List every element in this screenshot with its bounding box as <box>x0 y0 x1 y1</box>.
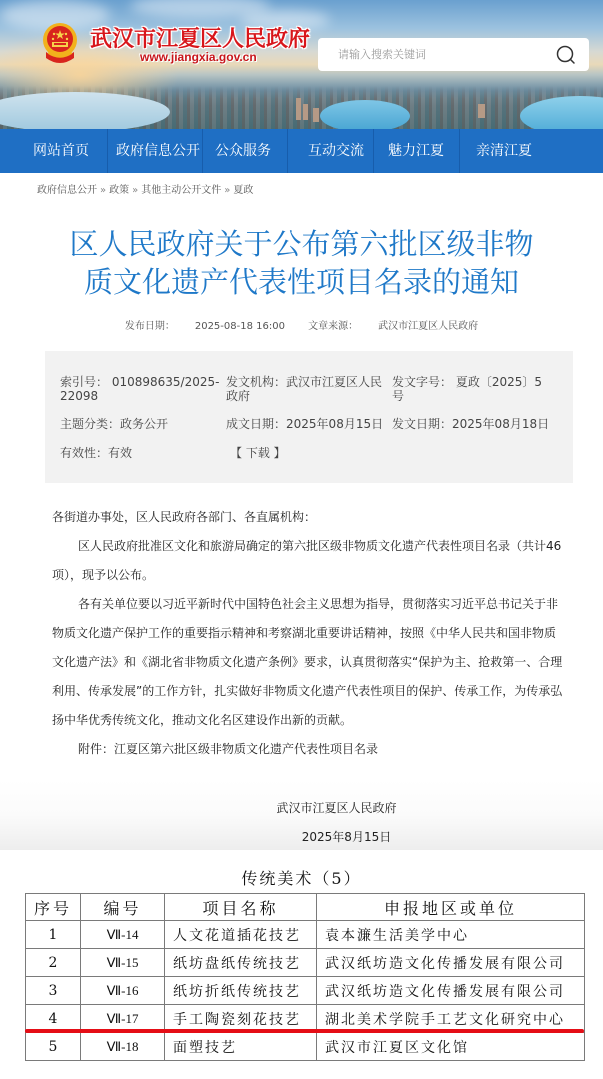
issuing-agency-label: 发文机构： <box>226 375 286 389</box>
issue-date-label: 发文日期： <box>392 417 452 431</box>
document-number-value-cont: 号 <box>392 389 404 403</box>
banner-lake <box>0 92 170 129</box>
header-applicant: 申报地区或单位 <box>317 894 585 921</box>
validity-label: 有效性： <box>60 446 108 460</box>
banner-tower <box>478 104 485 118</box>
cell-project-name: 纸坊盘纸传统技艺 <box>165 949 317 977</box>
cell-project-name: 面塑技艺 <box>165 1033 317 1061</box>
article-meta: 发布日期：2025-08-18 16:00 文章来源：武汉市江夏区人民政府 <box>0 317 603 332</box>
banner-tower <box>296 98 301 120</box>
issuing-agency: 发文机构：武汉市江夏区人民 政府 <box>226 375 392 403</box>
banner-lake <box>320 100 410 129</box>
validity-value: 有效 <box>108 446 132 460</box>
cell-code: Ⅶ-18 <box>81 1033 165 1061</box>
nav-item-gov-info[interactable]: 政府信息公开 <box>108 129 203 173</box>
breadcrumb: 政府信息公开»政策»其他主动公开文件»夏政 <box>37 181 253 196</box>
cell-code: Ⅶ-14 <box>81 921 165 949</box>
cell-project-name: 纸坊折纸传统技艺 <box>165 977 317 1005</box>
table-row: 2 Ⅶ-15 纸坊盘纸传统技艺 武汉纸坊造文化传播发展有限公司 <box>26 949 585 977</box>
index-number-label: 索引号： <box>60 375 108 389</box>
salutation: 各街道办事处，区人民政府各部门、各直属机构： <box>52 503 566 532</box>
breadcrumb-policy[interactable]: 政策 <box>109 185 129 196</box>
cell-seq: 2 <box>26 949 81 977</box>
page-title-line2: 质文化遗产代表性项目名录的通知 <box>40 263 563 301</box>
breadcrumb-separator: » <box>132 185 138 196</box>
cell-applicant: 武汉市江夏区文化馆 <box>317 1033 585 1061</box>
cell-applicant: 武汉纸坊造文化传播发展有限公司 <box>317 949 585 977</box>
article-source: 文章来源：武汉市江夏区人民政府 <box>308 321 478 332</box>
issue-date-value: 2025年08月18日 <box>452 417 549 431</box>
header-project-name: 项目名称 <box>165 894 317 921</box>
site-title[interactable]: 武汉市江夏区人民政府 <box>90 22 310 53</box>
source-value: 武汉市江夏区人民政府 <box>378 321 478 332</box>
table-row: 3 Ⅶ-16 纸坊折纸传统技艺 武汉纸坊造文化传播发展有限公司 <box>26 977 585 1005</box>
topic-value: 政务公开 <box>120 417 168 431</box>
highlight-underline <box>25 1029 584 1033</box>
signature-org: 武汉市江夏区人民政府 <box>0 799 603 816</box>
attachment-note[interactable]: 附件：江夏区第六批区级非物质文化遗产代表性项目名录 <box>52 735 566 764</box>
breadcrumb-other-files[interactable]: 其他主动公开文件 <box>141 185 221 196</box>
annex-table: 序号 编号 项目名称 申报地区或单位 1 Ⅶ-14 人文花道插花技艺 袁本濂生活… <box>25 893 585 1061</box>
document-number-label: 发文字号： <box>392 375 452 389</box>
publish-date: 发布日期：2025-08-18 16:00 <box>125 321 285 332</box>
breadcrumb-separator: » <box>224 185 230 196</box>
search-box <box>318 38 589 71</box>
cell-code: Ⅶ-15 <box>81 949 165 977</box>
index-number-value-cont: 22098 <box>60 389 98 403</box>
table-row: 1 Ⅶ-14 人文花道插花技艺 袁本濂生活美学中心 <box>26 921 585 949</box>
table-row: 5 Ⅶ-18 面塑技艺 武汉市江夏区文化馆 <box>26 1033 585 1061</box>
breadcrumb-xiazheng[interactable]: 夏政 <box>233 185 253 196</box>
page-title-line1: 区人民政府关于公布第六批区级非物 <box>40 225 563 263</box>
signature-date: 2025年8月15日 <box>0 828 603 845</box>
breadcrumb-separator: » <box>100 185 106 196</box>
main-nav: 网站首页 政府信息公开 公众服务 互动交流 魅力江夏 亲清江夏 <box>0 129 603 173</box>
publish-date-label: 发布日期： <box>125 321 175 332</box>
issuing-agency-value: 武汉市江夏区人民 <box>286 375 382 389</box>
index-number: 索引号： 010898635/2025- 22098 <box>60 375 228 403</box>
body-paragraph-2: 各有关单位要以习近平新时代中国特色社会主义思想为指导，贯彻落实习近平总书记关于非… <box>52 590 566 735</box>
cell-project-name: 人文花道插花技艺 <box>165 921 317 949</box>
search-icon[interactable] <box>555 44 577 66</box>
document-number: 发文字号： 夏政〔2025〕5 号 <box>392 375 572 403</box>
cell-seq: 5 <box>26 1033 81 1061</box>
page-title: 区人民政府关于公布第六批区级非物 质文化遗产代表性项目名录的通知 <box>40 225 563 301</box>
written-date-label: 成文日期： <box>226 417 286 431</box>
download-link[interactable]: 【 下载 】 <box>230 446 286 460</box>
banner-tower <box>303 104 308 120</box>
document-number-value: 夏政〔2025〕5 <box>456 375 542 389</box>
validity: 有效性：有效 <box>60 446 132 460</box>
banner-tower <box>313 108 319 122</box>
cell-seq: 3 <box>26 977 81 1005</box>
topic-category: 主题分类：政务公开 <box>60 417 168 431</box>
written-date: 成文日期：2025年08月15日 <box>226 417 383 431</box>
nav-item-interaction[interactable]: 互动交流 <box>288 129 374 173</box>
national-emblem-icon <box>42 22 78 66</box>
source-label: 文章来源： <box>308 321 358 332</box>
table-header-row: 序号 编号 项目名称 申报地区或单位 <box>26 894 585 921</box>
annex-caption: 传统美术（5） <box>0 866 603 889</box>
article-body: 各街道办事处，区人民政府各部门、各直属机构： 区人民政府批准区文化和旅游局确定的… <box>52 503 566 764</box>
search-input[interactable] <box>338 48 558 61</box>
issuing-agency-value-cont: 政府 <box>226 389 250 403</box>
nav-item-charm-jiangxia[interactable]: 魅力江夏 <box>374 129 460 173</box>
header-code: 编号 <box>81 894 165 921</box>
index-number-value: 010898635/2025- <box>112 375 220 389</box>
cell-applicant: 武汉纸坊造文化传播发展有限公司 <box>317 977 585 1005</box>
header-banner: 武汉市江夏区人民政府 www.jiangxia.gov.cn <box>0 0 603 129</box>
cell-applicant: 袁本濂生活美学中心 <box>317 921 585 949</box>
breadcrumb-gov-info[interactable]: 政府信息公开 <box>37 185 97 196</box>
document-info-box: 索引号： 010898635/2025- 22098 发文机构：武汉市江夏区人民… <box>45 351 573 483</box>
written-date-value: 2025年08月15日 <box>286 417 383 431</box>
publish-date-value: 2025-08-18 16:00 <box>195 321 285 332</box>
issue-date: 发文日期：2025年08月18日 <box>392 417 549 431</box>
topic-label: 主题分类： <box>60 417 120 431</box>
nav-item-public-service[interactable]: 公众服务 <box>203 129 288 173</box>
body-paragraph-1: 区人民政府批准区文化和旅游局确定的第六批区级非物质文化遗产代表性项目名录（共计4… <box>52 532 566 590</box>
nav-item-business-jiangxia[interactable]: 亲清江夏 <box>460 129 546 173</box>
cell-seq: 1 <box>26 921 81 949</box>
cell-code: Ⅶ-16 <box>81 977 165 1005</box>
header-seq: 序号 <box>26 894 81 921</box>
site-url: www.jiangxia.gov.cn <box>140 50 257 64</box>
nav-item-home[interactable]: 网站首页 <box>25 129 108 173</box>
download-cell: 【 下载 】 <box>230 446 286 460</box>
